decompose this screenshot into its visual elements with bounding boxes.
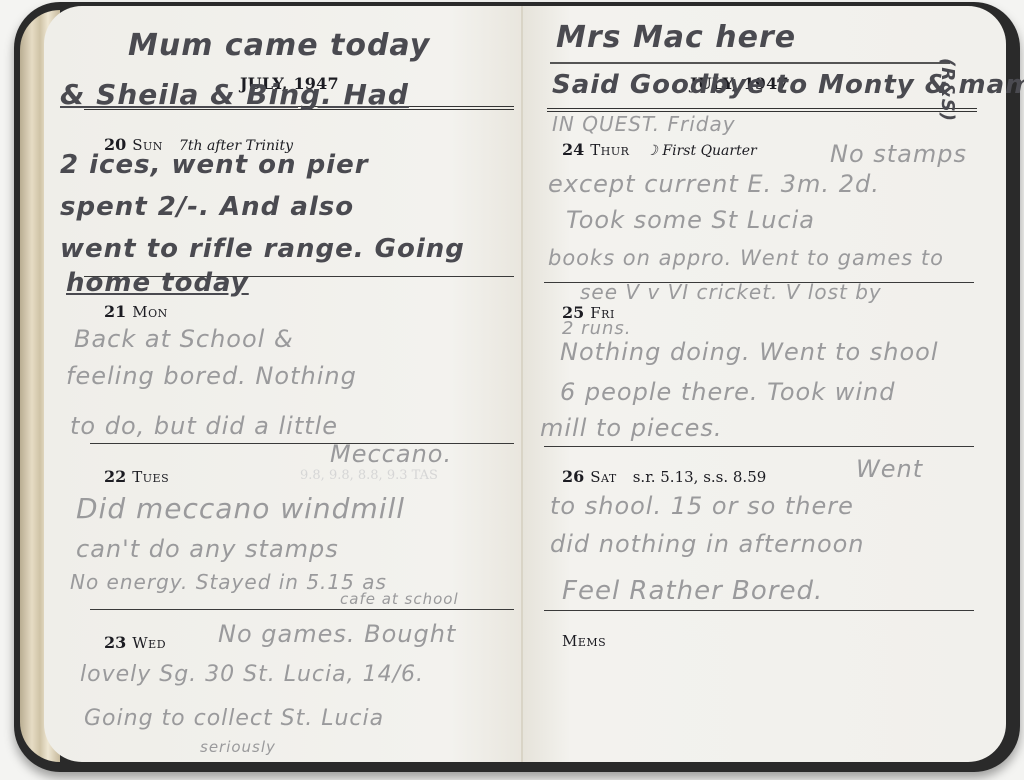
handwritten-line: Feel Rather Bored. <box>562 576 823 606</box>
day-header-wed: 23Wed <box>104 633 166 652</box>
handwritten-line: No stamps <box>830 140 967 168</box>
handwritten-line: Mum came today <box>128 28 430 63</box>
handwritten-line: Back at School & <box>74 325 294 353</box>
handwritten-line: feeling bored. Nothing <box>66 362 357 390</box>
handwritten-line: home today <box>66 268 249 298</box>
handwritten-line: Going to collect St. Lucia <box>84 706 384 731</box>
day-header-sat: 26Sats.r. 5.13, s.s. 8.59 <box>562 467 766 486</box>
handwritten-line: except current E. 3m. 2d. <box>548 170 880 198</box>
handwritten-line: to do, but did a little <box>70 412 338 440</box>
handwritten-line: cafe at school <box>340 590 459 608</box>
bleed-through-text: 9.8, 9.8, 8.8, 9.3 TAS <box>300 468 438 483</box>
handwritten-line: 2 ices, went on pier <box>60 150 369 180</box>
handwritten-line: Mrs Mac here <box>556 20 796 55</box>
handwritten-line: Nothing doing. Went to shool <box>560 338 939 366</box>
handwritten-line: Went <box>856 455 923 483</box>
handwritten-line: can't do any stamps <box>76 535 339 563</box>
handwritten-line: see V v VI cricket. V lost by <box>580 280 882 304</box>
handwritten-underline <box>550 62 950 64</box>
day-header-tues: 22Tues <box>104 467 169 486</box>
day-header-thur: 24Thur☽ First Quarter <box>562 140 757 159</box>
handwritten-line: seriously <box>200 738 276 756</box>
day-rule <box>90 609 514 610</box>
handwritten-line: & Sheila & Bing. Had <box>60 78 409 111</box>
handwritten-line: to shool. 15 or so there <box>550 492 854 520</box>
spine-gutter <box>521 6 523 762</box>
handwritten-line: spent 2/-. And also <box>60 192 354 222</box>
handwritten-line: Did meccano windmill <box>76 492 405 525</box>
handwritten-line: 2 runs. <box>562 318 632 339</box>
handwritten-line: mill to pieces. <box>540 414 723 442</box>
handwritten-line: books on appro. Went to games to <box>548 246 944 270</box>
handwritten-line: Meccano. <box>330 440 452 468</box>
mems-label: Mems <box>562 632 606 650</box>
handwritten-line: lovely Sg. 30 St. Lucia, 14/6. <box>80 662 424 687</box>
day-header-mon: 21Mon <box>104 302 168 321</box>
handwritten-line: IN QUEST. Friday <box>552 112 736 136</box>
handwritten-line: did nothing in afternoon <box>550 530 865 558</box>
day-rule <box>544 446 974 447</box>
handwritten-margin-note: (R&S) <box>937 58 958 122</box>
handwritten-line: went to rifle range. Going <box>60 234 465 264</box>
day-rule <box>544 610 974 611</box>
handwritten-line: Took some St Lucia <box>566 206 815 234</box>
handwritten-line: No games. Bought <box>218 620 456 648</box>
handwritten-line: 6 people there. Took wind <box>560 378 896 406</box>
